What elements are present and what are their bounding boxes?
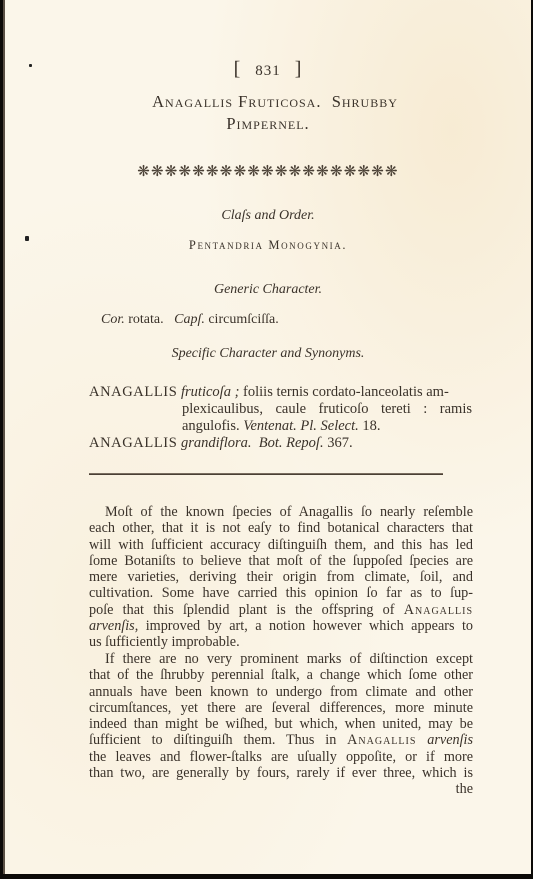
synonym-reference: Bot. Repoſ. xyxy=(259,435,324,451)
caps-label: Capſ. xyxy=(174,312,205,327)
text-line: circumſtances, yet there are ſeveral dif… xyxy=(89,700,473,716)
text-line: that of the ſhrubby perennial ſtalk, a c… xyxy=(89,667,473,683)
book-page: [831] Anagallis Fruticosa. Shrubby Pimpe… xyxy=(3,0,531,874)
text-line: each other, that it is not eaſy to find … xyxy=(89,520,473,536)
synonym-genus: ANAGALLIS xyxy=(89,384,177,400)
page-title: Anagallis Fruticosa. Shrubby xyxy=(5,92,531,112)
synonym-2: ANAGALLIS grandiflora. Bot. Repoſ. 367. xyxy=(89,435,353,452)
synonym-reference: Ventenat. Pl. Select. xyxy=(243,418,359,434)
text-line: mere varieties, deriving their origin fr… xyxy=(89,569,473,585)
species-italic: arvenſis, xyxy=(89,618,138,634)
cor-label: Cor. xyxy=(101,312,125,327)
class-order-heading: Claſs and Order. xyxy=(5,208,531,224)
text-run: ſufficient to diſtinguiſh them. Thus in xyxy=(89,732,336,748)
text-line-mixed: poſe that this ſplendid plant is the off… xyxy=(89,602,473,618)
text-line: If there are no very prominent marks of … xyxy=(89,651,473,667)
generic-character-heading: Generic Character. xyxy=(5,282,531,298)
text-run: improved by art, a notion however which … xyxy=(146,618,473,634)
text-line-mixed: arvenſis, improved by art, a notion howe… xyxy=(89,618,473,634)
generic-character-text: Cor. rotata. Capſ. circumſciſſa. xyxy=(101,312,279,328)
synonym-1-line1: ANAGALLIS fruticoſa ; foliis ternis cord… xyxy=(89,384,449,401)
ornament-divider: ❋❋❋❋❋❋❋❋❋❋❋❋❋❋❋❋❋❋❋ xyxy=(5,162,531,181)
bracket-open: [ xyxy=(234,58,242,80)
text-line: indeed than might be wiſhed, but which, … xyxy=(89,716,473,732)
text-line: the leaves and flower-ſtalks are uſually… xyxy=(89,749,473,765)
text-run: poſe that this ſplendid plant is the off… xyxy=(89,602,395,618)
text-line: cultivation. Some have carried this opin… xyxy=(89,585,473,601)
page-number: 831 xyxy=(255,63,281,79)
bracket-close: ] xyxy=(295,58,303,80)
catchword: the xyxy=(89,781,473,797)
genus-small-caps: Anagallis xyxy=(404,602,473,618)
page-title-line2: Pimpernel. xyxy=(5,114,531,134)
synonym-genus: ANAGALLIS xyxy=(89,435,177,451)
species-italic: arvenſis xyxy=(427,732,473,748)
synonym-1-line2: plexicaulibus, caule fruticoſo tereti : … xyxy=(182,401,472,418)
synonym-reference-number: 367. xyxy=(327,435,352,451)
synonym-species: grandiflora. xyxy=(181,435,252,451)
text-line: ſome Botaniſts to believe that moſt of t… xyxy=(89,553,473,569)
paragraph-2: If there are no very prominent marks of … xyxy=(89,651,473,798)
text-line: annuals have been known to undergo from … xyxy=(89,684,473,700)
page-number-header: [831] xyxy=(5,58,531,81)
synonym-1-line3: angulofis. Ventenat. Pl. Select. 18. xyxy=(182,418,381,435)
text-line: Moſt of the known ſpecies of Anagallis ſ… xyxy=(89,504,473,520)
text-line: will with ſufficient accuracy diſtinguiſ… xyxy=(89,537,473,553)
genus-small-caps: Anagallis xyxy=(347,732,416,748)
caps-value: circumſciſſa. xyxy=(208,312,278,327)
paragraph-1: Moſt of the known ſpecies of Anagallis ſ… xyxy=(89,504,473,651)
synonym-description: foliis ternis cordato-lanceolatis am- xyxy=(243,384,449,400)
cor-value: rotata. xyxy=(128,312,163,327)
section-divider-rule xyxy=(89,473,443,475)
class-order-value: Pentandria Monogynia. xyxy=(5,238,531,253)
text-line: than two, are generally by fours, rarely… xyxy=(89,765,473,781)
text-line-mixed: ſufficient to diſtinguiſh them. Thus in … xyxy=(89,732,473,748)
text-line: us ſufficiently improbable. xyxy=(89,634,473,650)
synonym-species: fruticoſa ; xyxy=(181,384,239,400)
synonym-reference-number: 18. xyxy=(362,418,380,434)
specific-character-heading: Specific Character and Synonyms. xyxy=(5,346,531,362)
synonym-description: angulofis. xyxy=(182,418,240,434)
